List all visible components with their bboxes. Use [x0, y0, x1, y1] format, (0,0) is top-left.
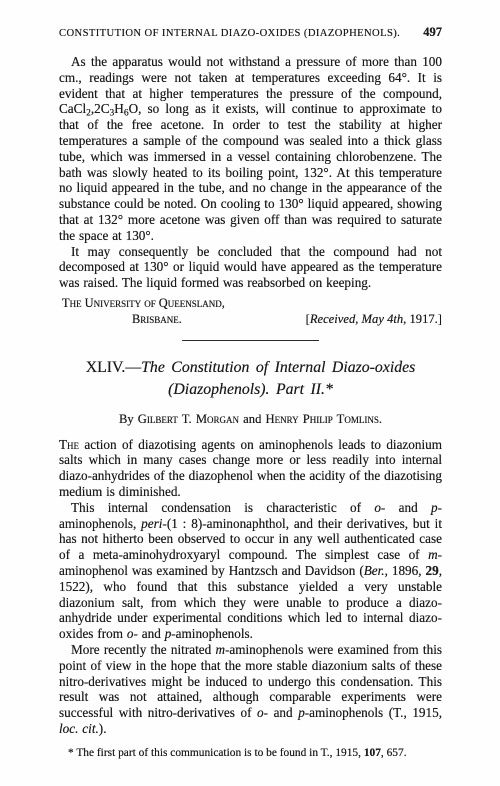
- previous-article-end: As the apparatus would not withstand a p…: [59, 54, 442, 327]
- paragraph: More recently the nitrated m-aminophenol…: [59, 642, 442, 737]
- signature-city: Brisbane.: [132, 311, 182, 327]
- received-date: [Received, May 4th, 1917.]: [306, 311, 442, 327]
- signature-institution: The University of Queensland,: [62, 295, 442, 311]
- paragraph: As the apparatus would not withstand a p…: [59, 54, 442, 244]
- article-title: XLIV.—The Constitution of Internal Diazo…: [59, 357, 442, 401]
- paragraph: This internal condensation is characteri…: [59, 500, 442, 642]
- article-byline: By Gilbert T. Morgan and Henry Philip To…: [59, 412, 442, 427]
- main-article: XLIV.—The Constitution of Internal Diazo…: [59, 357, 442, 760]
- paragraph: It may consequently be concluded that th…: [59, 244, 442, 291]
- page-number: 497: [423, 25, 442, 40]
- footnote: * The first part of this communication i…: [59, 746, 442, 760]
- signature-block: The University of Queensland, Brisbane. …: [59, 295, 442, 327]
- running-head-title: CONSTITUTION OF INTERNAL DIAZO-OXIDES (D…: [59, 28, 400, 39]
- page-header: CONSTITUTION OF INTERNAL DIAZO-OXIDES (D…: [59, 25, 442, 40]
- section-divider: [182, 340, 319, 341]
- paragraph: The action of diazotising agents on amin…: [59, 437, 442, 500]
- journal-page: CONSTITUTION OF INTERNAL DIAZO-OXIDES (D…: [0, 0, 500, 786]
